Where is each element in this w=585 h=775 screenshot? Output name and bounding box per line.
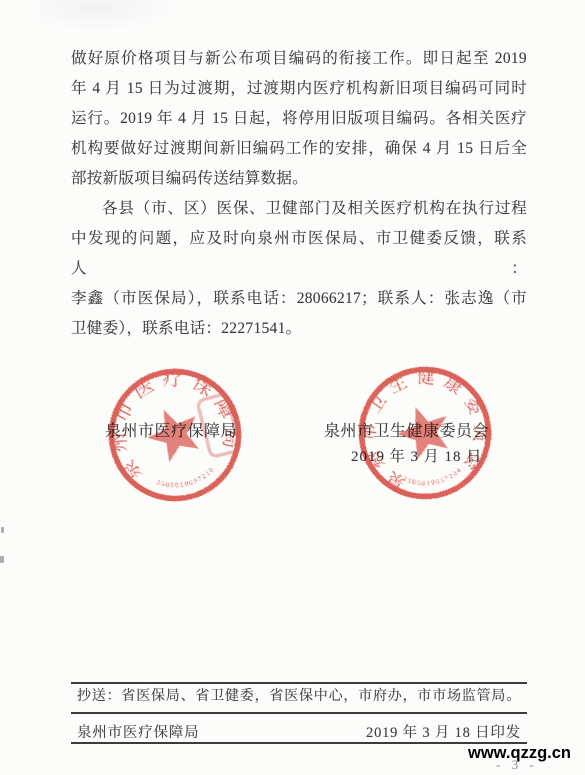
star-icon bbox=[142, 403, 205, 466]
body-paragraphs: 做好原价格项目与新公布项目编码的衔接工作。即日起至 2019 年 4 月 15 … bbox=[71, 44, 527, 344]
scan-smudge bbox=[40, 0, 180, 32]
page-number: - 3 - bbox=[496, 757, 538, 773]
body-line: 中发现的问题，应及时向泉州市医保局、市卫健委反馈，联系人： bbox=[71, 224, 527, 284]
body-line: 卫健委），联系电话：22271541。 bbox=[71, 314, 527, 344]
body-line: 部按新版项目编码传送结算数据。 bbox=[71, 164, 527, 194]
footer-cc-line: 抄送：省医保局、省卫健委，省医保中心，市府办，市市场监管局。 bbox=[77, 687, 527, 707]
body-line: 年 4 月 15 日为过渡期，过渡期内医疗机构新旧项目编码可同时 bbox=[71, 74, 527, 104]
star-icon bbox=[393, 402, 453, 462]
official-seal-left: 泉州市医疗保障局 3505010097210 bbox=[91, 351, 258, 518]
document-page: 做好原价格项目与新公布项目编码的衔接工作。即日起至 2019 年 4 月 15 … bbox=[0, 0, 585, 775]
footer-divider-top bbox=[71, 682, 527, 684]
body-line: 各县（市、区）医保、卫健部门及相关医疗机构在执行过程 bbox=[71, 194, 527, 224]
body-line: 机构要做好过渡期间新旧编码工作的安排，确保 4 月 15 日后全 bbox=[71, 134, 527, 164]
body-line: 做好原价格项目与新公布项目编码的衔接工作。即日起至 2019 bbox=[71, 44, 527, 74]
official-seal-right: 泉州市卫生健康委员会 3505010057204 bbox=[345, 353, 505, 513]
footer-divider-middle bbox=[71, 712, 527, 714]
scan-speck bbox=[0, 556, 4, 563]
body-line: 李鑫（市医保局），联系电话：28066217；联系人：张志逸（市 bbox=[71, 284, 527, 314]
footer-issuer: 泉州市医疗保障局 bbox=[77, 721, 199, 742]
footer-print-date: 2019 年 3 月 18 日印发 bbox=[366, 721, 521, 742]
body-line: 运行。2019 年 4 月 15 日起，将停用旧版项目编码。各相关医疗 bbox=[71, 104, 527, 134]
footer-issuer-row: 泉州市医疗保障局 2019 年 3 月 18 日印发 bbox=[77, 721, 521, 742]
scan-speck bbox=[1, 527, 4, 533]
footer-divider-bottom bbox=[71, 742, 527, 744]
